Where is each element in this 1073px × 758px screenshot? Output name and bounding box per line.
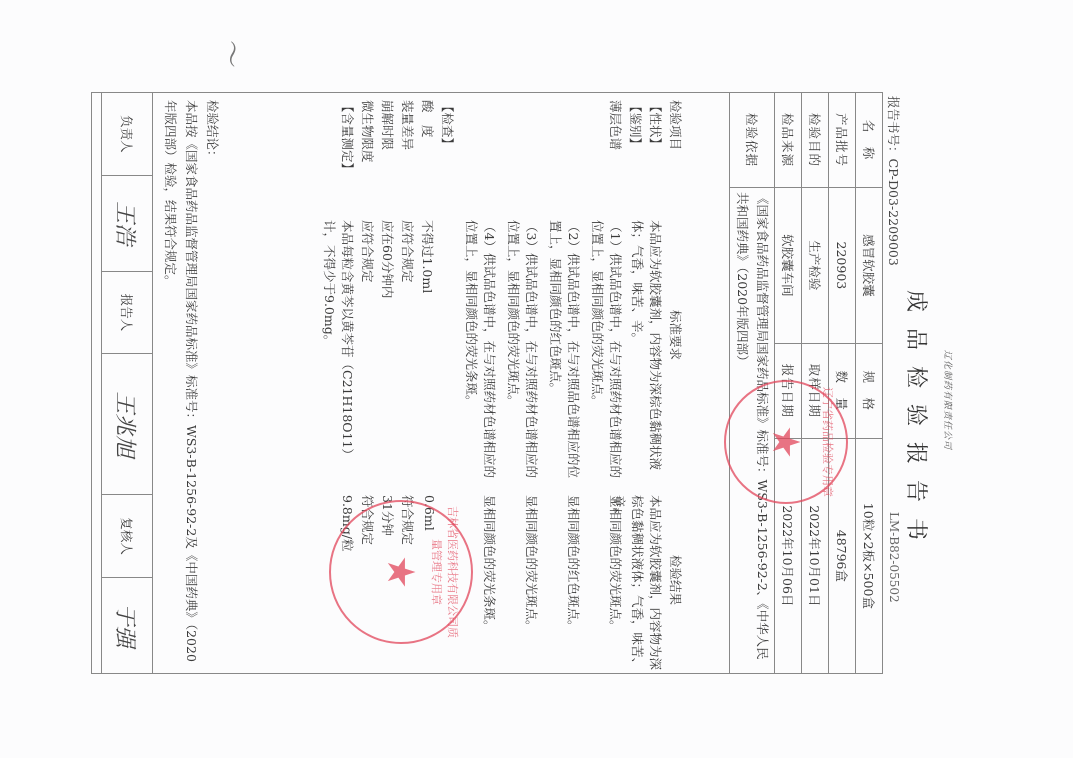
- item-name: 【鉴别】: [627, 100, 645, 150]
- item-standard: （3）供试品色谱中，在与对照药材色谱相应的位置上，显相同颜色的荧光斑点。: [505, 220, 541, 485]
- item-result: 显相同颜色的荧光斑点。: [523, 495, 541, 670]
- item-row: 薄层色谱（1）供试品色谱中，在与对照药材色谱相应的位置上，显相同颜色的荧光斑点。…: [583, 100, 625, 670]
- conclusion-text: 本品按《国家食品药品监督管理局国家药品标准》标准号：WS3-B-1256-92-…: [160, 100, 202, 670]
- basis-label: 检验依据: [730, 93, 775, 188]
- stamp-bottom: 吉林省医药科技有限公司质量管理专用章 ★: [329, 500, 473, 644]
- test-report-page: 辽化制药有限责任公司 成品检验报告书 报告书号：CP-D03-2209003 L…: [0, 0, 1073, 758]
- star-icon: ★: [379, 555, 423, 589]
- item-result: 显相同颜色的荧光条斑。: [481, 495, 499, 670]
- item-standard: （1）供试品色谱中，在与对照药材色谱相应的位置上，显相同颜色的荧光斑点。: [589, 220, 625, 485]
- item-standard: （2）供试品色谱中，在与对照品色谱相应的位置上，显相同颜色的红色斑点。: [547, 220, 583, 485]
- responsible-label: 负责人: [102, 93, 153, 176]
- report-number: 报告书号：CP-D03-2209003: [885, 96, 903, 266]
- item-name: 【性状】: [647, 100, 665, 150]
- item-standard: 本品每粒含黄芩以黄芩苷（C21H18O11）计，不得少于9.0mg。: [321, 220, 357, 485]
- stamp-top: 辽宁省药品检验专用章 ★: [724, 380, 848, 504]
- batch-value: 220903: [829, 188, 856, 344]
- item-name: 酸 度: [419, 100, 437, 138]
- signature-table: 负责人 王浩 报告人 王兆旭 复核人 于强: [101, 92, 153, 674]
- item-standard: （4）供试品色谱中，在与对照药材色谱相应的位置上，显相同颜色的荧光条斑。: [463, 220, 499, 485]
- item-row: 【鉴别】: [625, 100, 645, 670]
- reviewer-signature: 于强: [102, 577, 153, 673]
- name-value: 感冒软胶囊: [856, 188, 883, 344]
- purpose-label: 检验目的: [802, 93, 829, 188]
- header-item: 检验项目: [667, 100, 685, 150]
- source-label: 检品来源: [775, 93, 802, 188]
- company-name: 辽化制药有限责任公司: [942, 350, 955, 450]
- batch-label: 产品批号: [829, 93, 856, 188]
- items-header: 检验项目 标准要求 检验结果: [665, 100, 685, 670]
- item-row: （3）供试品色谱中，在与对照药材色谱相应的位置上，显相同颜色的荧光斑点。显相同颜…: [499, 100, 541, 670]
- reporter-label: 报告人: [102, 271, 153, 354]
- source-value: 软胶囊车间: [775, 188, 802, 344]
- item-standard: 应符合规定: [399, 220, 417, 485]
- responsible-signature: 王浩: [102, 175, 153, 271]
- item-row: 【性状】本品应为软胶囊剂，内容物为深棕色黏稠状液体；气香，味苦、辛。本品应为软胶…: [645, 100, 665, 670]
- spec-value: 10粒×2板×500盒: [856, 438, 883, 673]
- report-title: 成品检验报告书: [902, 290, 933, 556]
- purpose-value: 生产检验: [802, 188, 829, 344]
- item-result: 显相同颜色的红色斑点。: [565, 495, 583, 670]
- reporter-signature: 王兆旭: [102, 354, 153, 495]
- item-standard: 不得过1.0ml: [419, 220, 437, 485]
- item-name: 崩解时限: [379, 100, 397, 150]
- conclusion-label: 检验结论：: [202, 100, 223, 670]
- item-name: 【检查】: [439, 100, 457, 150]
- header-standard: 标准要求: [667, 310, 685, 360]
- check-mark-icon: 〜: [213, 40, 253, 68]
- form-number: LM-B82-05502: [887, 512, 901, 603]
- item-name: 薄层色谱: [607, 100, 625, 150]
- name-label: 名 称: [856, 93, 883, 188]
- item-name: 微生物限度: [359, 100, 377, 163]
- item-name: 装量差异: [399, 100, 417, 150]
- stamp-bottom-text: 吉林省医药科技有限公司质量管理专用章: [429, 502, 461, 642]
- spec-label: 规 格: [856, 343, 883, 438]
- item-name: 【含量测定】: [339, 100, 357, 175]
- item-result: 显相同颜色的荧光斑点。: [607, 495, 625, 670]
- item-standard: 应在60分钟内: [379, 220, 397, 485]
- item-standard: 应符合规定: [359, 220, 377, 485]
- star-icon: ★: [764, 425, 808, 459]
- reviewer-label: 复核人: [102, 495, 153, 578]
- header-result: 检验结果: [667, 555, 685, 605]
- item-row: （2）供试品色谱中，在与对照品色谱相应的位置上，显相同颜色的红色斑点。显相同颜色…: [541, 100, 583, 670]
- stamp-top-text: 辽宁省药品检验专用章: [820, 382, 836, 502]
- conclusion: 检验结论： 本品按《国家食品药品监督管理局国家药品标准》标准号：WS3-B-12…: [160, 100, 223, 670]
